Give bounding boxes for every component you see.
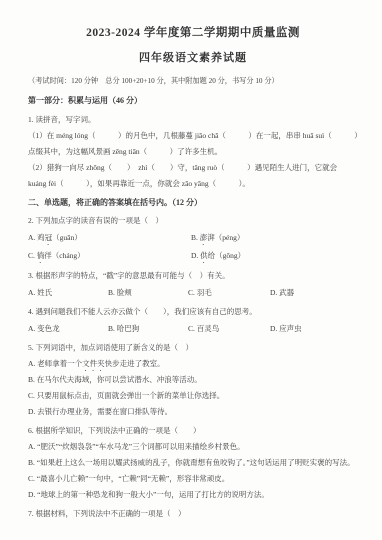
q6-option-d: D. “地球上的第一种恐龙和狗一般大小”一句，运用了打比方的说明方法。 bbox=[28, 487, 358, 503]
q4-option-a: A. 变色龙 bbox=[28, 320, 108, 337]
exam-paper-page: 2023-2024 学年度第二学期期中质量监测 四年级语文素养试题 （考试时间：… bbox=[0, 0, 382, 540]
q6-option-b: B. “如果赶上这么一场用以耀武扬威的乱子，你就甭想有鱼咬钩了。”这句话运用了明… bbox=[28, 455, 358, 471]
q2-option-d-label: D. bbox=[191, 251, 200, 260]
q4-stem: 4. 遇到问题我们不能人云亦云做个（ ），我们应该有自己的思考。 bbox=[28, 304, 358, 320]
q1-stem: 1. 读拼音，写字词。 bbox=[28, 112, 358, 128]
q3-option-c: C. 羽毛 bbox=[188, 284, 270, 301]
q2-option-b-post: 湃（péng） bbox=[207, 233, 244, 242]
q2-option-d-dotted-char: 供 bbox=[200, 251, 208, 260]
q4-option-b: B. 哈巴狗 bbox=[108, 320, 188, 337]
q7-stem: 7. 根据材料，下列说法中不正确的一项是（ ） bbox=[28, 506, 358, 522]
q1-line-2: 点缀其中，为这幅风景画 zēng tiān（ ）了许多生机。 bbox=[28, 144, 358, 160]
q5-option-a: A. 老师拿着一个文件夹快步走进了教室。 bbox=[28, 356, 358, 372]
exam-subtitle: 四年级语文素养试题 bbox=[28, 51, 358, 65]
q5-option-d: D. 去银行办理业务，需要在窗口排队等待。 bbox=[28, 404, 358, 420]
question-4: 4. 遇到问题我们不能人云亦云做个（ ），我们应该有自己的思考。 A. 变色龙 … bbox=[28, 304, 358, 337]
q2-option-a: A. 鸡冠（guān） bbox=[28, 229, 191, 247]
q3-option-b: B. 脸颊 bbox=[108, 284, 188, 301]
part1-heading: 第一部分：积累与运用（46 分） bbox=[28, 93, 358, 108]
q2-option-d: D. 供给（gōng） bbox=[191, 247, 358, 265]
q2-option-a-post: （guān） bbox=[52, 233, 82, 242]
q1-line-3: （2）猎狗一向尽 zhōng（ ） zhí（ ）守，tǎng ruò（ ）遇见陌… bbox=[28, 160, 358, 176]
question-5: 5. 下列词语中，加点词语使用了新含义的是（ ） A. 老师拿着一个文件夹快步走… bbox=[28, 340, 358, 420]
q2-option-b: B. 澎湃（péng） bbox=[191, 229, 358, 247]
q3-option-d: D. 武器 bbox=[270, 284, 358, 301]
section2-heading: 二、单选题，将正确的答案填在括号内。（12 分） bbox=[28, 195, 358, 211]
q2-options: A. 鸡冠（guān） B. 澎湃（péng） C. 徜徉（cháng） D. … bbox=[28, 229, 358, 265]
question-2: 2. 下列加点字的读音有误的一项是（ ） A. 鸡冠（guān） B. 澎湃（p… bbox=[28, 213, 358, 265]
q2-option-c-label: C. bbox=[28, 251, 37, 260]
q5-option-d-pre: D. 去银行办理业务，需要在窗口排队等待。 bbox=[28, 407, 172, 416]
q2-option-c-post: 徉（cháng） bbox=[44, 251, 84, 260]
q1-line-1: （1）在 méng lóng（ ）的月色中，几根藤蔓 jiāo chā（ ）在一… bbox=[28, 128, 358, 144]
q5-option-a-dotted-word: 文件夹 bbox=[82, 359, 105, 368]
exam-title: 2023-2024 学年度第二学期期中质量监测 bbox=[28, 26, 358, 40]
q5-stem: 5. 下列词语中，加点词语使用了新含义的是（ ） bbox=[28, 340, 358, 356]
q3-stem: 3. 根据形声字的特点，“戳”字的意思最有可能与（ ）有关。 bbox=[28, 268, 358, 284]
q2-option-a-pre: 鸡 bbox=[37, 233, 45, 242]
q4-option-d: D. 应声虫 bbox=[270, 320, 358, 337]
q2-option-b-label: B. bbox=[191, 233, 200, 242]
q4-options: A. 变色龙 B. 哈巴狗 C. 百灵鸟 D. 应声虫 bbox=[28, 320, 358, 337]
q5-option-c: C. 只要用鼠标点击，页面就会弹出一个新的菜单让你选择。 bbox=[28, 388, 358, 404]
q6-stem: 6. 根据所学知识，下列说法中正确的一项是（ ） bbox=[28, 423, 358, 439]
q6-option-c: C. “最喜小儿亡赖”一句中，“亡赖”同“无赖”，形容非常顽皮。 bbox=[28, 471, 358, 487]
q5-option-b-pre: B. 在马尔代夫海域，你可以尝试潜水、冲浪等活动。 bbox=[28, 375, 202, 384]
exam-info-line: （考试时间：120 分钟 总分 100+20+10 分，其中附加题 20 分，书… bbox=[28, 74, 358, 88]
question-7: 7. 根据材料，下列说法中不正确的一项是（ ） bbox=[28, 506, 358, 522]
q5-option-a-post: 快步走进了教室。 bbox=[105, 359, 165, 368]
q1-line-4: kuáng fèi（ ），如果再靠近一点，你就会 zāo yāng（ ）。 bbox=[28, 176, 358, 192]
question-1: 1. 读拼音，写字词。 （1）在 méng lóng（ ）的月色中，几根藤蔓 j… bbox=[28, 112, 358, 192]
q2-option-a-label: A. bbox=[28, 233, 37, 242]
q2-option-d-post: 给（gōng） bbox=[208, 251, 246, 260]
q3-options: A. 姓氏 B. 脸颊 C. 羽毛 D. 武器 bbox=[28, 284, 358, 301]
q5-option-b: B. 在马尔代夫海域，你可以尝试潜水、冲浪等活动。 bbox=[28, 372, 358, 388]
q2-stem: 2. 下列加点字的读音有误的一项是（ ） bbox=[28, 213, 358, 229]
q5-option-a-pre: A. 老师拿着一个 bbox=[28, 359, 82, 368]
q2-option-c: C. 徜徉（cháng） bbox=[28, 247, 191, 265]
q3-option-a: A. 姓氏 bbox=[28, 284, 108, 301]
question-6: 6. 根据所学知识，下列说法中正确的一项是（ ） A. “肥沃”“炊烟袅袅”“车… bbox=[28, 423, 358, 503]
q6-option-a: A. “肥沃”“炊烟袅袅”“车水马龙”三个词都可以用来描绘乡村景色。 bbox=[28, 439, 358, 455]
q4-option-c: C. 百灵鸟 bbox=[188, 320, 270, 337]
question-3: 3. 根据形声字的特点，“戳”字的意思最有可能与（ ）有关。 A. 姓氏 B. … bbox=[28, 268, 358, 301]
q5-option-c-pre: C. 只要用鼠标点击，页面就会弹出一个新的菜单让你选择。 bbox=[28, 391, 224, 400]
